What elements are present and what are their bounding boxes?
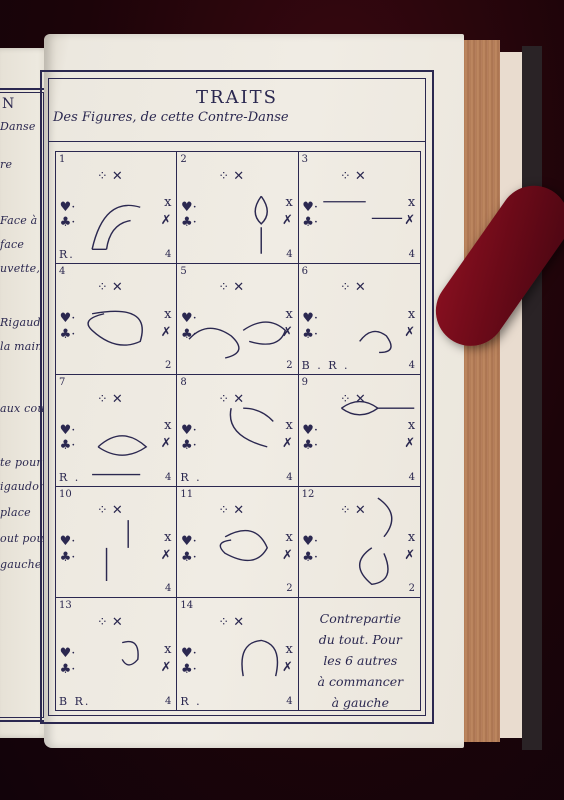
figure-count: 4 [286, 249, 292, 260]
figure-count: 2 [409, 583, 415, 594]
figure-path-icon [177, 487, 297, 598]
figure-count: 4 [165, 583, 171, 594]
figure-cell: 7 ⁘ ✕ ♥· ♣· ⅹ ✗ R . 4 [56, 375, 177, 487]
note-line: à commancer [305, 671, 416, 692]
left-page-line: te pour [0, 456, 42, 469]
left-page-line: Face à [0, 214, 37, 227]
note-line: Contrepartie [305, 608, 416, 629]
figure-cell: 3 ⁘ ✕ ♥· ♣· ⅹ ✗ 4 [299, 152, 420, 264]
figure-path-icon [299, 264, 420, 375]
figure-count: 4 [165, 696, 171, 707]
figure-count: 4 [409, 249, 415, 260]
page-block-edge [464, 40, 500, 742]
plate-title: TRAITS [49, 87, 425, 108]
figure-count: 4 [165, 472, 171, 483]
figure-path-icon [299, 375, 420, 486]
left-page-line: gauche [0, 558, 42, 571]
left-page-line: place [0, 506, 31, 519]
figure-cell: 8 ⁘ ✕ ♥· ♣· ⅹ ✗ R . 4 [177, 375, 298, 487]
figure-count: 4 [165, 249, 171, 260]
figure-cell: 9 ⁘ ✕ ♥· ♣· ⅹ ✗ 4 [299, 375, 420, 487]
figure-count: 2 [286, 583, 292, 594]
figure-cell: 14 ⁘ ✕ ♥· ♣· ⅹ ✗ R . 4 [177, 598, 298, 710]
book-cover-edge [522, 46, 542, 750]
left-page-line: face [0, 238, 24, 251]
figure-count: 2 [165, 360, 171, 371]
figure-count: 4 [409, 472, 415, 483]
figure-mark: R . [59, 471, 80, 484]
note-line: du tout. Pour [305, 629, 416, 650]
note-line: à gauche [305, 692, 416, 710]
note-line: les 6 autres [305, 650, 416, 671]
engraved-plate: TRAITS Des Figures, de cette Contre-Dans… [40, 70, 434, 724]
figure-cell: 12 ⁘ ✕ ♥· ♣· ⅹ ✗ 2 [299, 487, 420, 599]
left-page-line: re [0, 158, 12, 171]
figure-mark: R . [180, 471, 201, 484]
figure-cell: 11 ⁘ ✕ ♥· ♣· ⅹ ✗ 2 [177, 487, 298, 599]
figure-cell: 5 ⁘ ✕ ♥· ♣· ⅹ ✗ 2 [177, 264, 298, 376]
title-box: TRAITS Des Figures, de cette Contre-Dans… [49, 79, 425, 142]
figure-cell: 1 ⁘ ✕ ♥· ♣· ⅹ ✗ R. 4 [56, 152, 177, 264]
figure-path-icon [56, 487, 176, 598]
contrepartie-note-cell: Contrepartiedu tout. Pourles 6 autresà c… [299, 598, 420, 710]
figure-count: 4 [286, 472, 292, 483]
figure-cell: 10 ⁘ ✕ ♥· ♣· ⅹ ✗ 4 [56, 487, 177, 599]
figure-count: 4 [286, 696, 292, 707]
figure-path-icon [56, 598, 176, 710]
figure-cell: 13 ⁘ ✕ ♥· ♣· ⅹ ✗ B R. 4 [56, 598, 177, 710]
contrepartie-note: Contrepartiedu tout. Pourles 6 autresà c… [305, 608, 416, 710]
figure-mark: B . R . [302, 359, 350, 372]
figure-path-icon [56, 264, 176, 375]
figure-path-icon [299, 152, 420, 263]
plate-inner-frame: TRAITS Des Figures, de cette Contre-Dans… [48, 78, 426, 716]
figure-path-icon [56, 152, 176, 263]
left-page-line: N [2, 96, 14, 112]
figure-path-icon [299, 487, 420, 598]
plate-subtitle: Des Figures, de cette Contre-Danse [49, 110, 425, 125]
figure-path-icon [177, 264, 297, 375]
figure-mark: R. [59, 248, 75, 261]
figure-mark: R . [180, 695, 201, 708]
figure-cell: 6 ⁘ ✕ ♥· ♣· ⅹ ✗ B . R . 4 [299, 264, 420, 376]
left-page-line: Danse [0, 120, 36, 133]
left-page-line: aux cou [0, 402, 45, 415]
figure-path-icon [177, 598, 297, 710]
figure-cell: 4 ⁘ ✕ ♥· ♣· ⅹ ✗ 2 [56, 264, 177, 376]
left-page-line: uvette, [0, 262, 40, 275]
page-block-light-edge [500, 52, 522, 738]
figure-path-icon [177, 375, 297, 486]
left-page-line: Rigaud [0, 316, 41, 329]
figure-path-icon [56, 375, 176, 486]
figure-count: 4 [409, 360, 415, 371]
figure-count: 2 [286, 360, 292, 371]
figure-grid: 1 ⁘ ✕ ♥· ♣· ⅹ ✗ R. 4 2 ⁘ ✕ ♥· ♣· ⅹ ✗ 4 3… [55, 151, 421, 711]
left-page-line: la main [0, 340, 43, 353]
figure-path-icon [177, 152, 297, 263]
figure-mark: B R. [59, 695, 90, 708]
figure-cell: 2 ⁘ ✕ ♥· ♣· ⅹ ✗ 4 [177, 152, 298, 264]
